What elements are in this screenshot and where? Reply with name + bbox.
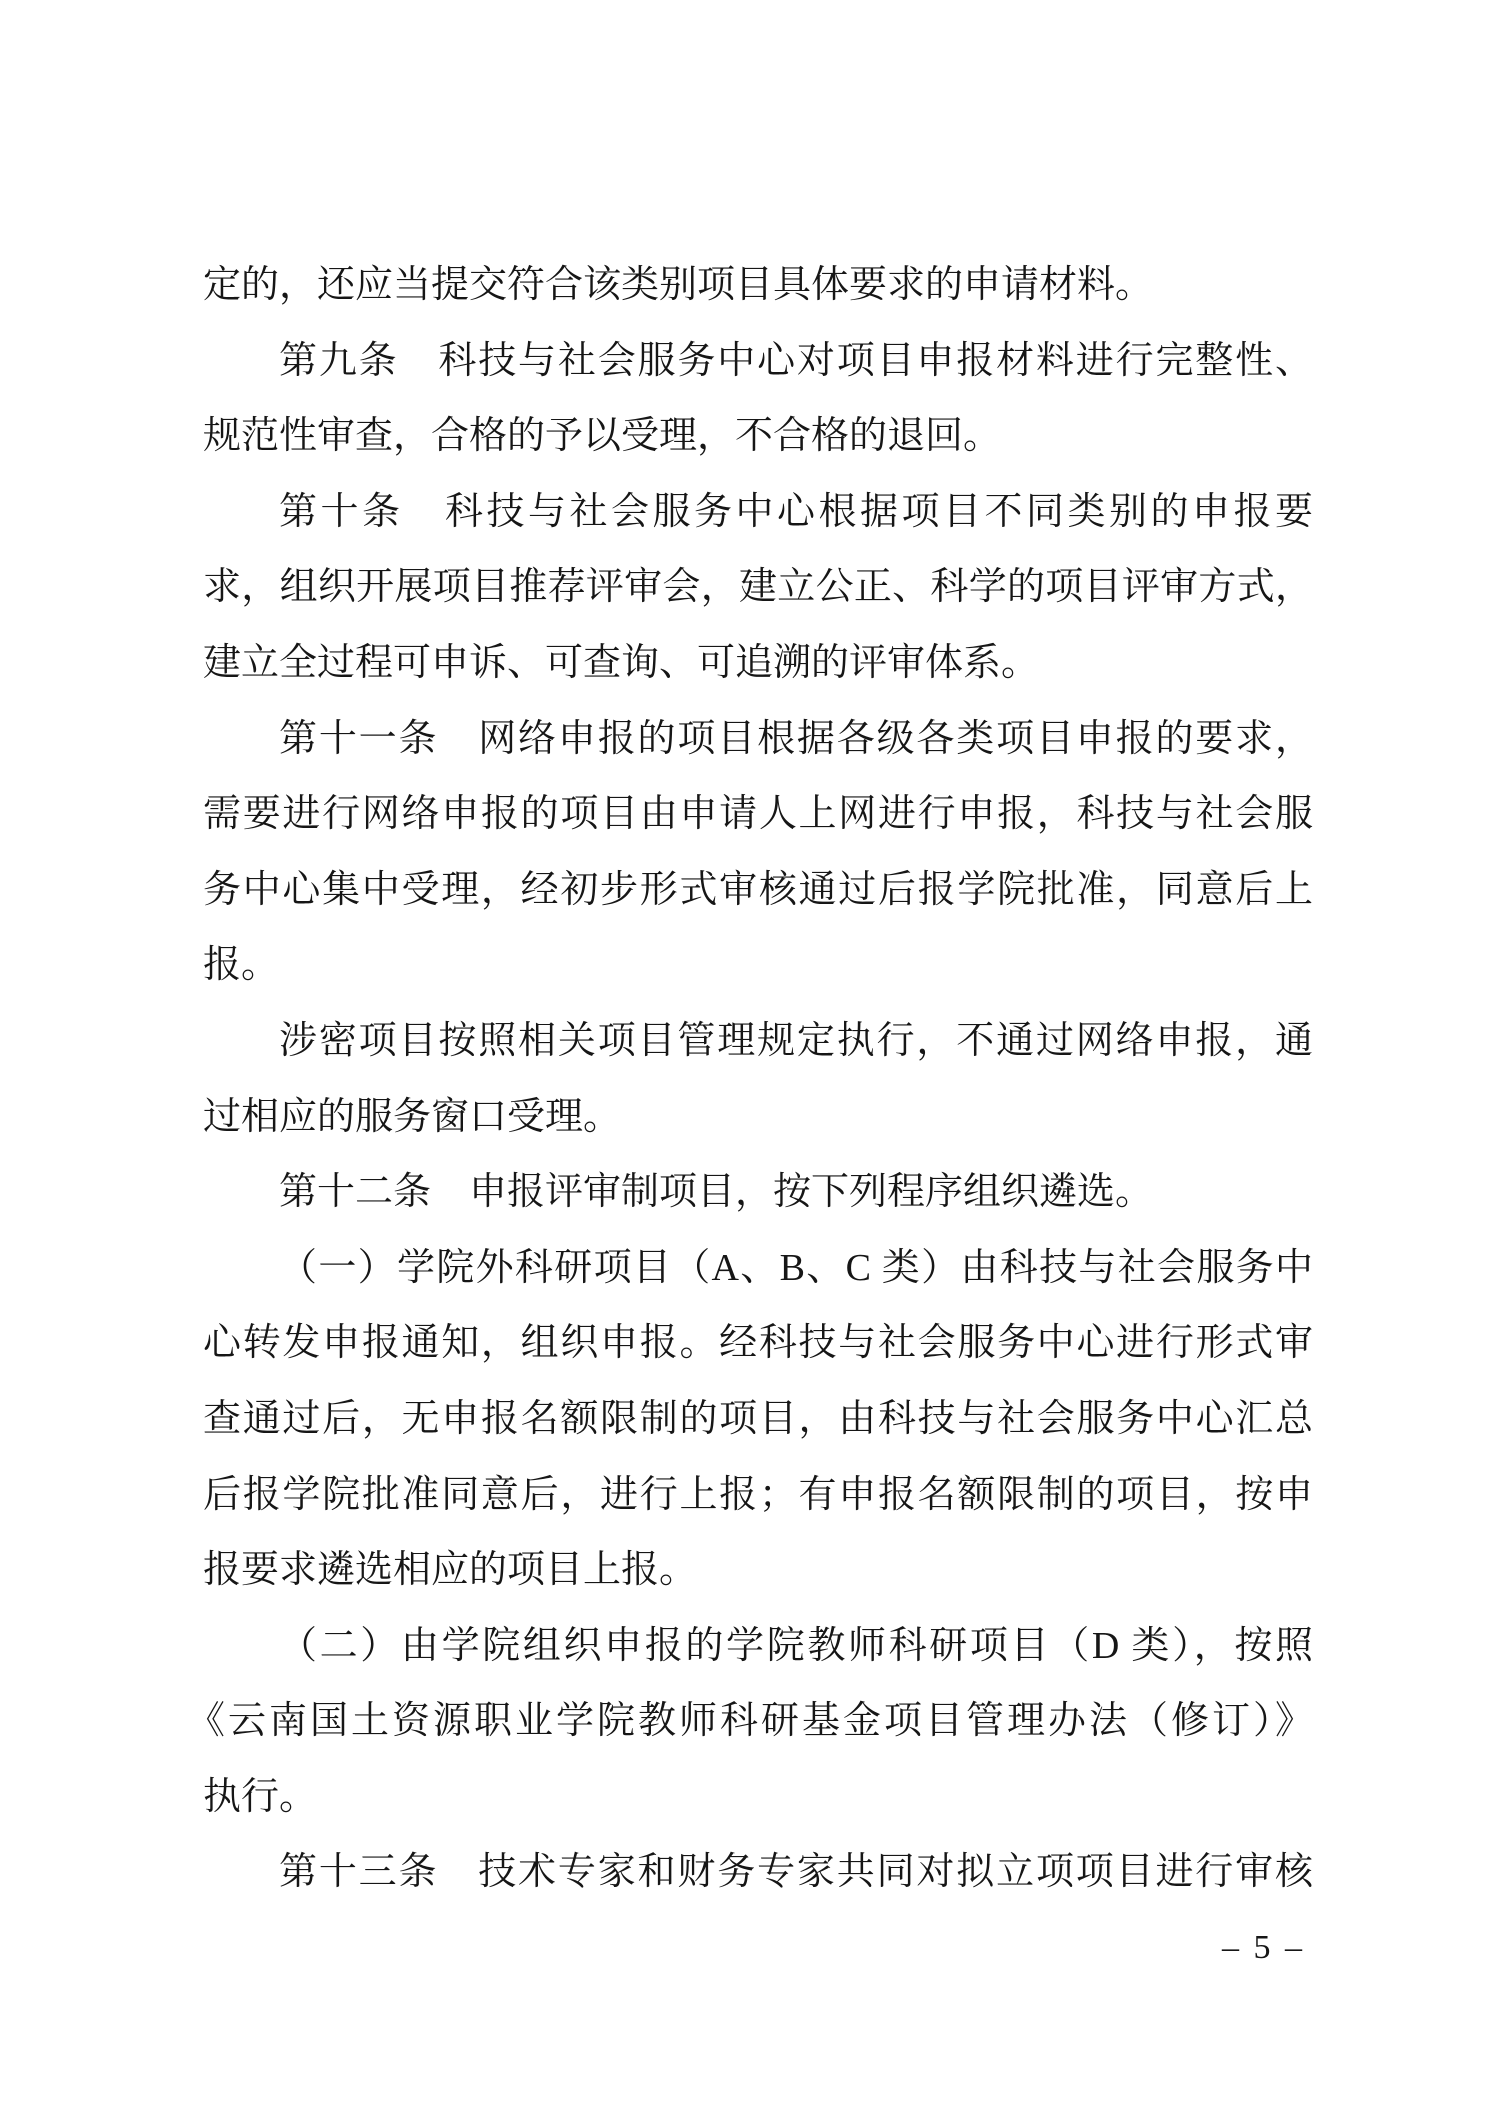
text-line: 建立全过程可申诉、可查询、可追溯的评审体系。 — [203, 626, 1313, 702]
text-line: 心转发申报通知，组织申报。经科技与社会服务中心进行形式审 — [203, 1306, 1313, 1382]
text-line: 第九条 科技与社会服务中心对项目申报材料进行完整性、 — [203, 324, 1313, 400]
text-line: 第十三条 技术专家和财务专家共同对拟立项项目进行审核 — [203, 1835, 1313, 1911]
text-line: （一）学院外科研项目（A、B、C 类）由科技与社会服务中 — [203, 1231, 1313, 1307]
text-line: 过相应的服务窗口受理。 — [203, 1080, 1313, 1156]
text-line: 需要进行网络申报的项目由申请人上网进行申报，科技与社会服 — [203, 777, 1313, 853]
text-line: 务中心集中受理，经初步形式审核通过后报学院批准，同意后上 — [203, 853, 1313, 929]
text-line: 规范性审查，合格的予以受理，不合格的退回。 — [203, 399, 1313, 475]
text-line: （二）由学院组织申报的学院教师科研项目（D 类），按照 — [203, 1609, 1313, 1685]
document-page: 定的，还应当提交符合该类别项目具体要求的申请材料。第九条 科技与社会服务中心对项… — [0, 0, 1500, 2121]
text-line: 执行。 — [203, 1760, 1313, 1836]
text-line: 涉密项目按照相关项目管理规定执行，不通过网络申报，通 — [203, 1004, 1313, 1080]
text-line: 第十条 科技与社会服务中心根据项目不同类别的申报要 — [203, 475, 1313, 551]
text-line: 报要求遴选相应的项目上报。 — [203, 1533, 1313, 1609]
text-line: 求，组织开展项目推荐评审会，建立公正、科学的项目评审方式， — [203, 550, 1313, 626]
text-line: 报。 — [203, 928, 1313, 1004]
text-line: 第十二条 申报评审制项目，按下列程序组织遴选。 — [203, 1155, 1313, 1231]
text-line: 查通过后，无申报名额限制的项目，由科技与社会服务中心汇总 — [203, 1382, 1313, 1458]
page-number: – 5 – — [1222, 1928, 1305, 1968]
text-line: 后报学院批准同意后，进行上报；有申报名额限制的项目，按申 — [203, 1458, 1313, 1534]
document-body: 定的，还应当提交符合该类别项目具体要求的申请材料。第九条 科技与社会服务中心对项… — [203, 248, 1313, 1911]
text-line: 第十一条 网络申报的项目根据各级各类项目申报的要求， — [203, 702, 1313, 778]
text-line: 定的，还应当提交符合该类别项目具体要求的申请材料。 — [203, 248, 1313, 324]
text-line: 《云南国土资源职业学院教师科研基金项目管理办法（修订）》 — [187, 1684, 1313, 1760]
